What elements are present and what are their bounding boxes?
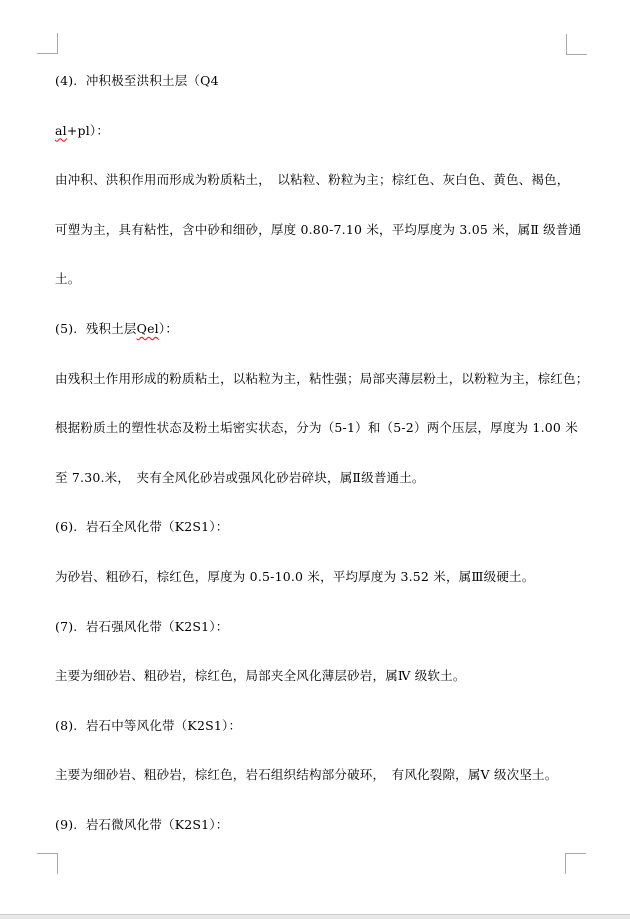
body-line: 根据粉质土的塑性状态及粉土垢密实状态，分为（5-1）和（5-2）两个压层，厚度为… xyxy=(55,403,575,453)
heading-text: (9). 岩石微风化带（K2S1）： xyxy=(55,817,228,832)
heading-text: (5). 残积土层 xyxy=(55,321,137,336)
body-text: 根据粉质土的塑性状态及粉土垢密实状态，分为（5-1）和（5-2）两个压层，厚度为… xyxy=(55,420,578,435)
heading-text: (8). 岩石中等风化带（K2S1）： xyxy=(55,718,241,733)
body-line: 可塑为主，具有粘性，含中砂和细砂，厚度 0.80-7.10 米，平均厚度为 3.… xyxy=(55,205,575,255)
body-line: 由冲积、洪积作用而形成为粉质粘土， 以粘粒、粉粒为主；棕红色、灰白色、黄色、褐色… xyxy=(55,155,575,205)
crop-mark-top-right xyxy=(566,34,587,55)
page-bottom-edge xyxy=(0,914,630,919)
heading-text: (6). 岩石全风化带（K2S1）： xyxy=(55,519,228,534)
body-text: 可塑为主，具有粘性，含中砂和细砂，厚度 0.80-7.10 米，平均厚度为 3.… xyxy=(55,222,581,237)
body-line: 至 7.30.米， 夹有全风化砂岩或强风化砂岩碎块，属Ⅱ级普通土。 xyxy=(55,453,575,503)
misspelled-word: al xyxy=(55,123,67,138)
heading-layer-4: (4). 冲积极至洪积土层（Q4 xyxy=(55,56,575,106)
heading-text: (7). 岩石强风化带（K2S1）： xyxy=(55,619,228,634)
body-line: 土。 xyxy=(55,254,575,304)
body-text: 土。 xyxy=(55,271,80,286)
crop-mark-top-left xyxy=(37,33,58,54)
body-text: 由残积土作用形成的粉质粘土，以粘粒为主，粘性强；局部夹薄层粉土，以粉粒为主，棕红… xyxy=(55,371,588,386)
heading-text: +pl）： xyxy=(67,123,109,138)
crop-mark-bottom-left xyxy=(37,853,58,874)
heading-layer-6: (6). 岩石全风化带（K2S1）： xyxy=(55,502,575,552)
body-text: 由冲积、洪积作用而形成为粉质粘土， 以粘粒、粉粒为主；棕红色、灰白色、黄色、褐色… xyxy=(55,172,569,187)
body-text: 至 7.30.米， 夹有全风化砂岩或强风化砂岩碎块，属Ⅱ级普通土。 xyxy=(55,470,425,485)
body-text: 主要为细砂岩、粗砂岩，棕红色，局部夹全风化薄层砂岩，属Ⅳ 级软土。 xyxy=(55,668,466,683)
body-line: 为砂岩、粗砂石，棕红色，厚度为 0.5-10.0 米，平均厚度为 3.52 米，… xyxy=(55,552,575,602)
body-line: 由残积土作用形成的粉质粘土，以粘粒为主，粘性强；局部夹薄层粉土，以粉粒为主，棕红… xyxy=(55,354,575,404)
heading-layer-4-wrap: al+pl）： xyxy=(55,106,575,156)
heading-layer-5: (5). 残积土层Qel）： xyxy=(55,304,575,354)
body-text: 为砂岩、粗砂石，棕红色，厚度为 0.5-10.0 米，平均厚度为 3.52 米，… xyxy=(55,569,534,584)
heading-text: ）： xyxy=(159,321,178,336)
body-line: 主要为细砂岩、粗砂岩，棕红色，岩石组织结构部分破环， 有风化裂隙，属Ⅴ 级次坚土… xyxy=(55,750,575,800)
misspelled-word: Qel xyxy=(137,321,159,336)
heading-text: (4). 冲积极至洪积土层（Q4 xyxy=(55,73,219,88)
crop-mark-bottom-right xyxy=(565,853,586,874)
body-text: 主要为细砂岩、粗砂岩，棕红色，岩石组织结构部分破环， 有风化裂隙，属Ⅴ 级次坚土… xyxy=(55,767,557,782)
heading-layer-8: (8). 岩石中等风化带（K2S1）： xyxy=(55,701,575,751)
heading-layer-9: (9). 岩石微风化带（K2S1）： xyxy=(55,800,575,850)
document-body: (4). 冲积极至洪积土层（Q4 al+pl）： 由冲积、洪积作用而形成为粉质粘… xyxy=(55,56,575,850)
body-line: 主要为细砂岩、粗砂岩，棕红色，局部夹全风化薄层砂岩，属Ⅳ 级软土。 xyxy=(55,651,575,701)
heading-layer-7: (7). 岩石强风化带（K2S1）： xyxy=(55,602,575,652)
document-page[interactable]: (4). 冲积极至洪积土层（Q4 al+pl）： 由冲积、洪积作用而形成为粉质粘… xyxy=(0,0,630,919)
